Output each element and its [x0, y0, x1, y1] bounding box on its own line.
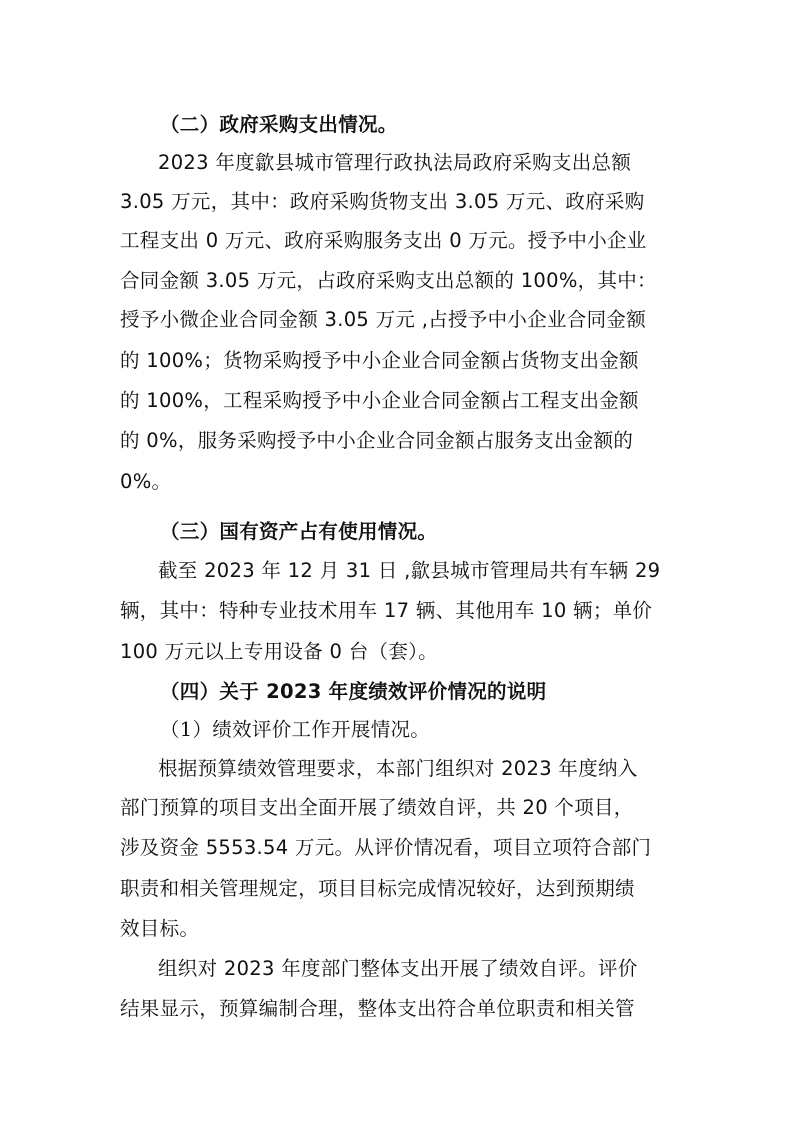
paragraph-line: 结果显示，预算编制合理，整体支出符合单位职责和相关管	[120, 997, 680, 1021]
paragraph-line: 职责和相关管理规定，项目目标完成情况较好，达到预期绩	[120, 877, 680, 901]
section-heading-performance: （四）关于 2023 年度绩效评价情况的说明	[160, 680, 720, 704]
paragraph-line: 效目标。	[120, 917, 680, 941]
paragraph-line: 部门预算的项目支出全面开展了绩效自评，共 20 个项目，	[120, 796, 680, 820]
paragraph-line: 的 100%；货物采购授予中小企业合同金额占货物支出金额	[120, 349, 680, 373]
paragraph-line: 合同金额 3.05 万元，占政府采购支出总额的 100%，其中：	[120, 269, 680, 293]
paragraph-line: 授予小微企业合同金额 3.05 万元 ,占授予中小企业合同金额	[120, 308, 680, 332]
paragraph-line: 组织对 2023 年度部门整体支出开展了绩效自评。评价	[158, 957, 718, 981]
paragraph-line: 涉及资金 5553.54 万元。从评价情况看，项目立项符合部门	[120, 836, 680, 860]
paragraph-line: 2023 年度歙县城市管理行政执法局政府采购支出总额	[158, 151, 718, 175]
paragraph-line: 0%。	[120, 470, 680, 494]
paragraph-line: 3.05 万元，其中：政府采购货物支出 3.05 万元、政府采购	[120, 190, 680, 214]
paragraph-line: 根据预算绩效管理要求，本部门组织对 2023 年度纳入	[158, 757, 718, 781]
section-heading-procurement: （二）政府采购支出情况。	[160, 113, 720, 137]
paragraph-line: 100 万元以上专用设备 0 台（套）。	[120, 640, 680, 664]
paragraph-line: 的 0%，服务采购授予中小企业合同金额占服务支出金额的	[120, 429, 680, 453]
paragraph-line: 截至 2023 年 12 月 31 日 ,歙县城市管理局共有车辆 29	[158, 559, 718, 583]
document-page: （二）政府采购支出情况。 2023 年度歙县城市管理行政执法局政府采购支出总额 …	[0, 0, 794, 1122]
subsection-heading: （1）绩效评价工作开展情况。	[160, 718, 720, 742]
paragraph-line: 工程支出 0 万元、政府采购服务支出 0 万元。授予中小企业	[120, 229, 680, 253]
paragraph-line: 辆，其中：特种专业技术用车 17 辆、其他用车 10 辆；单价	[120, 599, 680, 623]
paragraph-line: 的 100%，工程采购授予中小企业合同金额占工程支出金额	[120, 389, 680, 413]
section-heading-assets: （三）国有资产占有使用情况。	[160, 520, 720, 544]
